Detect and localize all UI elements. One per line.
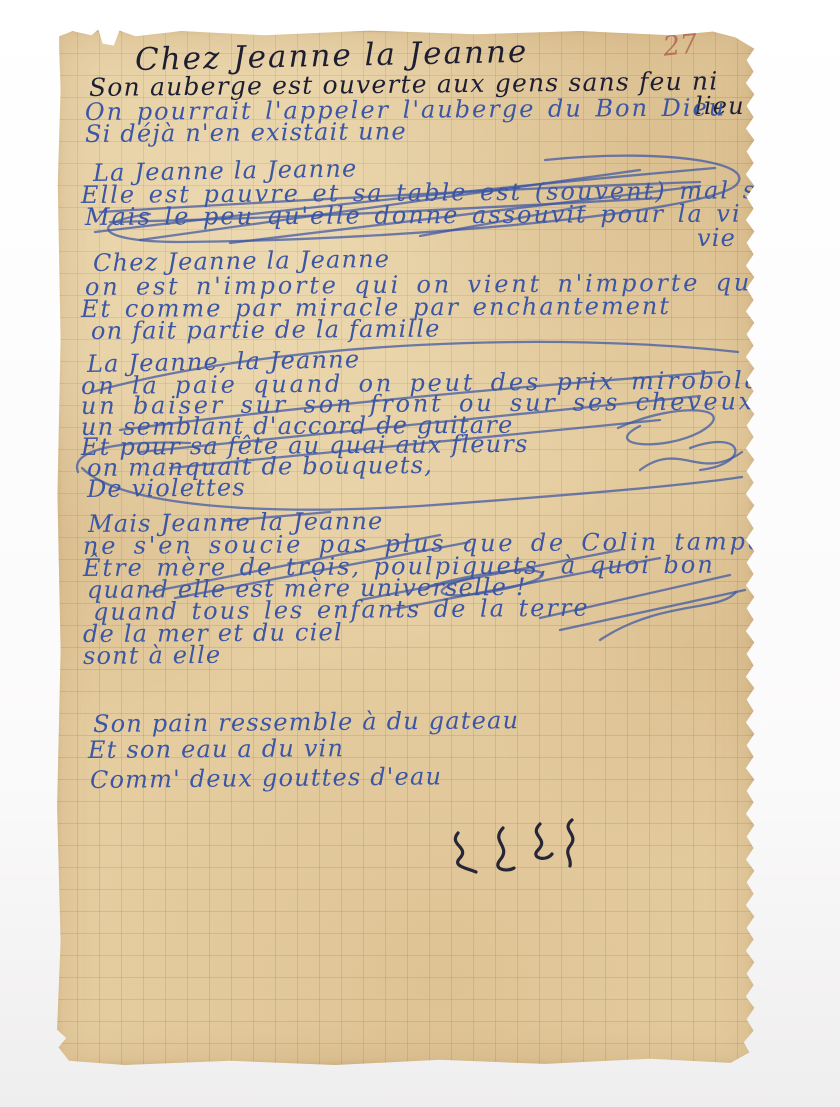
manuscript-page: 27 Chez Jeanne la Jeanne Son auberge est… (55, 28, 755, 1066)
manuscript-line: Mais le peu qu'elle donne assouvit pour … (85, 200, 742, 231)
manuscript-line: Comm' deux gouttes d'eau (90, 762, 442, 794)
manuscript-line: Si déjà n'en existait une (85, 117, 407, 148)
page-number: 27 (661, 28, 698, 62)
manuscript-line: Et son eau a du vin (88, 734, 344, 764)
manuscript-line: on fait partie de la famille (91, 315, 441, 345)
manuscript-line: sont à elle (83, 641, 222, 670)
photo-background: 27 Chez Jeanne la Jeanne Son auberge est… (0, 0, 840, 1107)
manuscript-line: De violettes (87, 473, 246, 503)
manuscript-line: Son pain ressemble à du gateau (93, 706, 519, 738)
manuscript-line: vie (697, 224, 736, 252)
